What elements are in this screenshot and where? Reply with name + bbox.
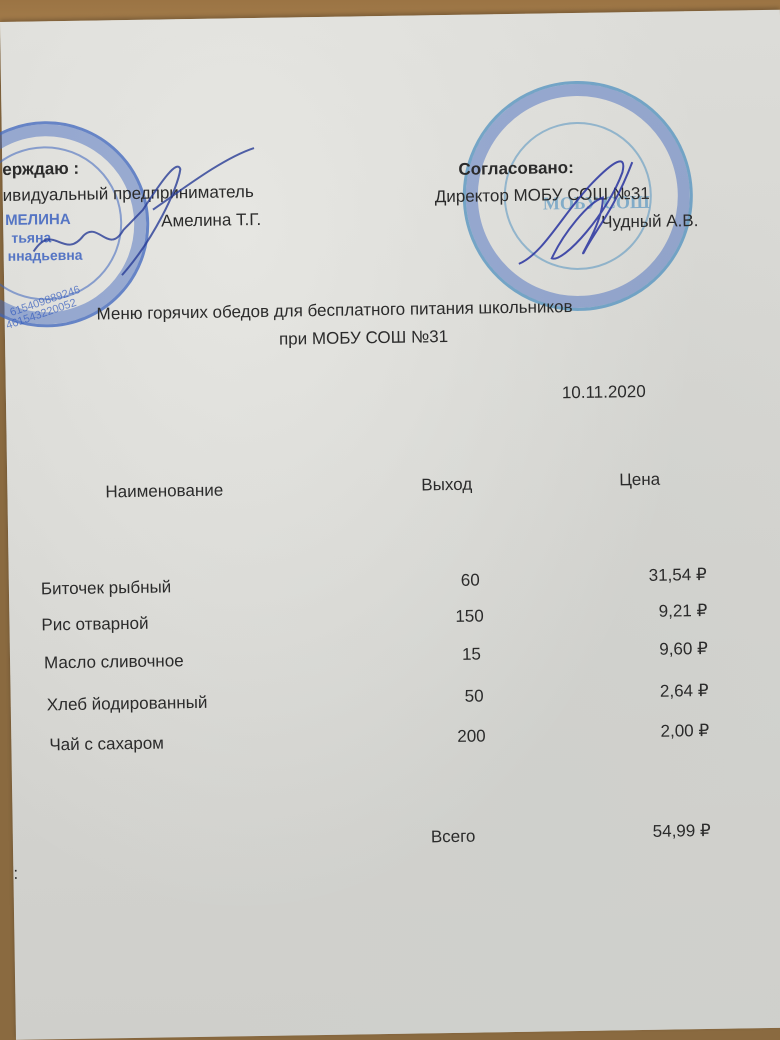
item-name: Хлеб йодированный	[47, 693, 208, 716]
item-output: 200	[457, 726, 486, 746]
header-name: Наименование	[105, 481, 223, 503]
document-subtitle: при МОБУ СОШ №31	[279, 327, 448, 350]
signature-right	[0, 10, 780, 422]
item-price: 2,64 ₽	[610, 681, 708, 703]
document-page: МЕЛИНА тьяна ннадьевна 615409889246 4615…	[0, 10, 780, 1040]
item-price: 2,00 ₽	[611, 721, 709, 743]
document-date: 10.11.2020	[562, 382, 646, 403]
item-name: Рис отварной	[41, 614, 148, 636]
header-price: Цена	[619, 470, 660, 491]
total-label: Всего	[431, 827, 476, 848]
item-price: 9,21 ₽	[609, 601, 707, 623]
item-name: Биточек рыбный	[41, 577, 172, 599]
item-price: 9,60 ₽	[610, 639, 708, 661]
item-name: Масло сливочное	[44, 651, 184, 673]
item-output: 150	[455, 606, 484, 626]
header-output: Выход	[421, 475, 472, 496]
item-output: 60	[461, 571, 480, 591]
item-price: 31,54 ₽	[609, 565, 707, 587]
item-name: Чай с сахаром	[49, 734, 164, 756]
margin-mark: :	[13, 864, 18, 884]
total-value: 54,99 ₽	[613, 821, 711, 843]
item-output: 15	[462, 645, 481, 665]
item-output: 50	[464, 686, 483, 706]
